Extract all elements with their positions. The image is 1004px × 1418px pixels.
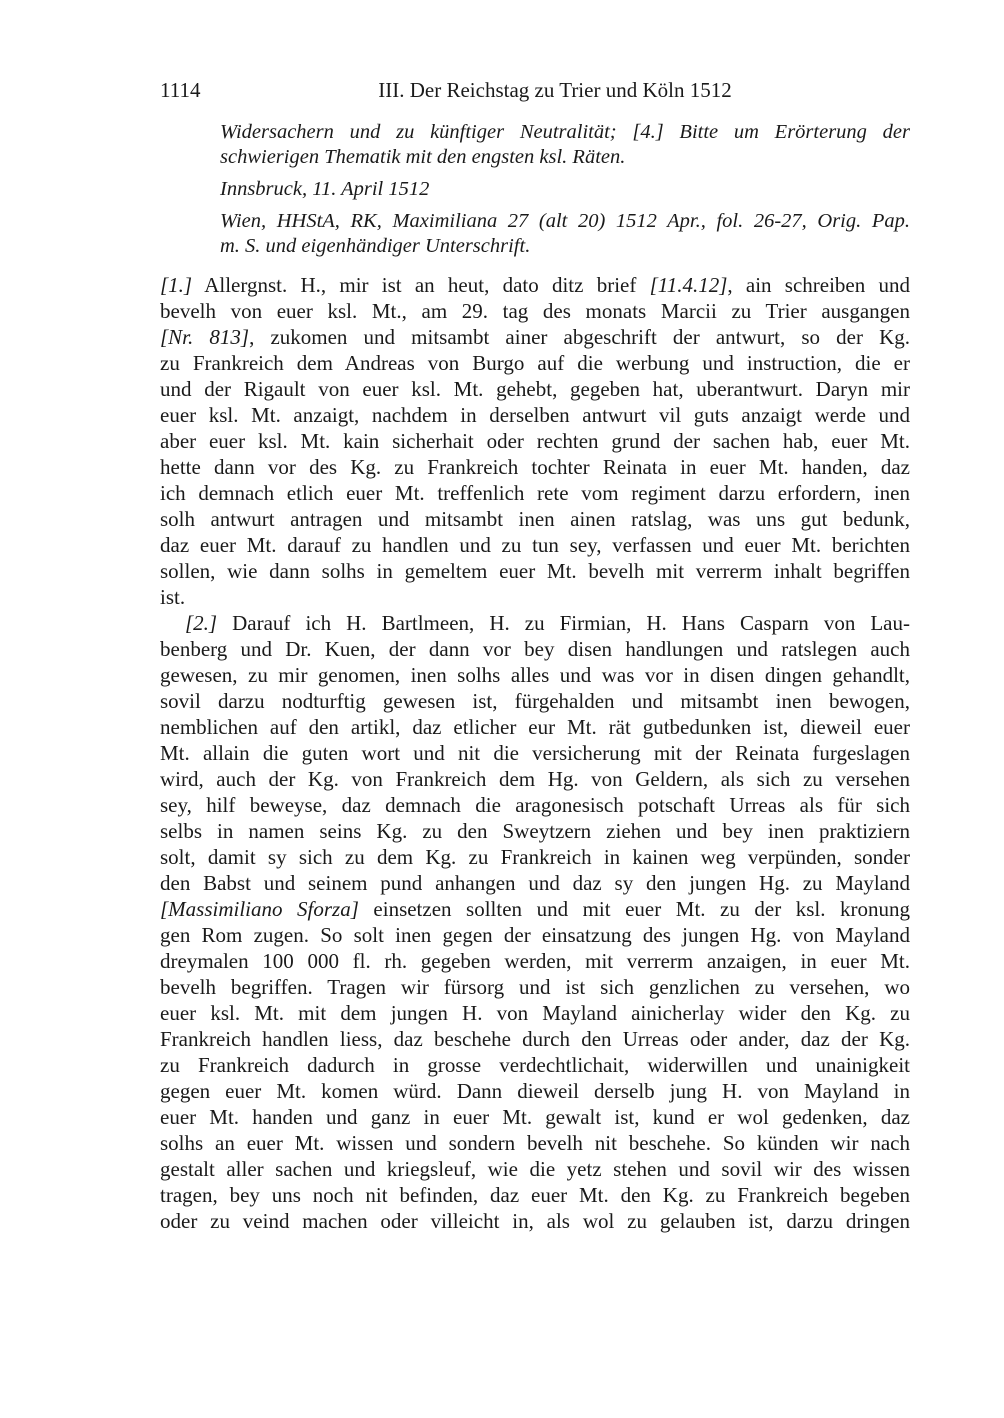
paragraph-1-line: ist.	[160, 584, 910, 610]
summary: Widersachern und zu künftiger Neutralitä…	[220, 120, 910, 170]
paragraph-2-line: euer Mt. handen und ganz in euer Mt. gew…	[160, 1104, 910, 1130]
paragraph-2-line: solhs an euer Mt. wissen und sondern bev…	[160, 1130, 910, 1156]
document-intro: Widersachern und zu künftiger Neutralitä…	[220, 120, 910, 266]
paragraph-2-line: Frankreich handlen liess, daz beschehe d…	[160, 1026, 910, 1052]
summary-line: Widersachern und zu künftiger Neutralitä…	[220, 120, 910, 145]
paragraph-2-line: sey, hilf beweyse, daz demnach die arago…	[160, 792, 910, 818]
paragraph-2-line: gegen euer Mt. komen würd. Dann dieweil …	[160, 1078, 910, 1104]
paragraph-1-line: ich demnach etlich euer Mt. treffenlich …	[160, 480, 910, 506]
paragraph-marker: [2.]	[185, 611, 217, 635]
paragraph-2-line: bevelh begriffen. Tragen wir fürsorg und…	[160, 974, 910, 1000]
paragraph-1-line: aber euer ksl. Mt. kain sicherhait oder …	[160, 428, 910, 454]
paragraph-2-line: den Babst und seinem pund anhangen und d…	[160, 870, 910, 896]
paragraph-2-line: tragen, bey uns noch nit befinden, daz e…	[160, 1182, 910, 1208]
source-line: m. S. und eigenhändiger Unterschrift.	[220, 234, 910, 259]
paragraph-2-line: gestalt aller sachen und kriegsleuf, wie…	[160, 1156, 910, 1182]
source-citation: Wien, HHStA, RK, Maximiliana 27 (alt 20)…	[220, 209, 910, 259]
paragraph-2-line: nemblichen auf den artikl, daz etlicher …	[160, 714, 910, 740]
paragraph-2-line: gewesen, zu mir genomen, inen solhs alle…	[160, 662, 910, 688]
place-date: Innsbruck, 11. April 1512	[220, 177, 910, 202]
paragraph-2-line: dreymalen 100 000 fl. rh. gegeben werden…	[160, 948, 910, 974]
paragraph-1-line: und der Rigault von euer ksl. Mt. gehebt…	[160, 376, 910, 402]
summary-line: schwierigen Thematik mit den engsten ksl…	[220, 145, 910, 170]
document-reference: [Nr. 813]	[160, 325, 249, 349]
place-date-line: Innsbruck, 11. April 1512	[220, 177, 910, 202]
date-reference: [11.4.12]	[650, 273, 728, 297]
paragraph-1-line: [1.] Allergnst. H., mir ist an heut, dat…	[160, 272, 910, 298]
paragraph-2-line: benberg und Dr. Kuen, der dann vor bey d…	[160, 636, 910, 662]
running-header: 1114 III. Der Reichstag zu Trier und Köl…	[160, 78, 910, 106]
editorial-note: [Massimiliano Sforza]	[160, 897, 359, 921]
paragraph-1-line: euer ksl. Mt. anzaigt, nachdem in dersel…	[160, 402, 910, 428]
paragraph-1-line: daz euer Mt. darauf zu handlen und zu tu…	[160, 532, 910, 558]
paragraph-2-line: Mt. allain die guten wort und nit die ve…	[160, 740, 910, 766]
paragraph-2-line: gen Rom zugen. So solt inen gegen der ei…	[160, 922, 910, 948]
paragraph-1-line: solh antwurt antragen und mitsambt inen …	[160, 506, 910, 532]
paragraph-1-line: zu Frankreich dem Andreas von Burgo auf …	[160, 350, 910, 376]
paragraph-1-line: hette dann vor des Kg. zu Frankreich toc…	[160, 454, 910, 480]
letter-body: [1.] Allergnst. H., mir ist an heut, dat…	[160, 272, 910, 1234]
paragraph-marker: [1.]	[160, 273, 192, 297]
paragraph-2-line: oder zu veind machen oder villeicht in, …	[160, 1208, 910, 1234]
paragraph-2-line: selbs in namen seins Kg. zu den Sweytzer…	[160, 818, 910, 844]
paragraph-2-line: euer ksl. Mt. mit dem jungen H. von Mayl…	[160, 1000, 910, 1026]
paragraph-2-line: sovil darzu nodturftig gewesen ist, fürg…	[160, 688, 910, 714]
paragraph-1-line: bevelh von euer ksl. Mt., am 29. tag des…	[160, 298, 910, 324]
paragraph-1-line: sollen, wie dann solhs in gemeltem euer …	[160, 558, 910, 584]
paragraph-2-line: zu Frankreich dadurch in grosse verdecht…	[160, 1052, 910, 1078]
paragraph-2-line: [Massimiliano Sforza] einsetzen sollten …	[160, 896, 910, 922]
paragraph-2-line: solt, damit sy sich zu dem Kg. zu Frankr…	[160, 844, 910, 870]
paragraph-1-line: [Nr. 813], zukomen und mitsambt ainer ab…	[160, 324, 910, 350]
paragraph-2-line: [2.] Darauf ich H. Bartlmeen, H. zu Firm…	[160, 610, 910, 636]
running-title: III. Der Reichstag zu Trier und Köln 151…	[160, 78, 910, 103]
source-line: Wien, HHStA, RK, Maximiliana 27 (alt 20)…	[220, 209, 910, 234]
paragraph-2-line: wird, auch der Kg. von Frankreich dem Hg…	[160, 766, 910, 792]
